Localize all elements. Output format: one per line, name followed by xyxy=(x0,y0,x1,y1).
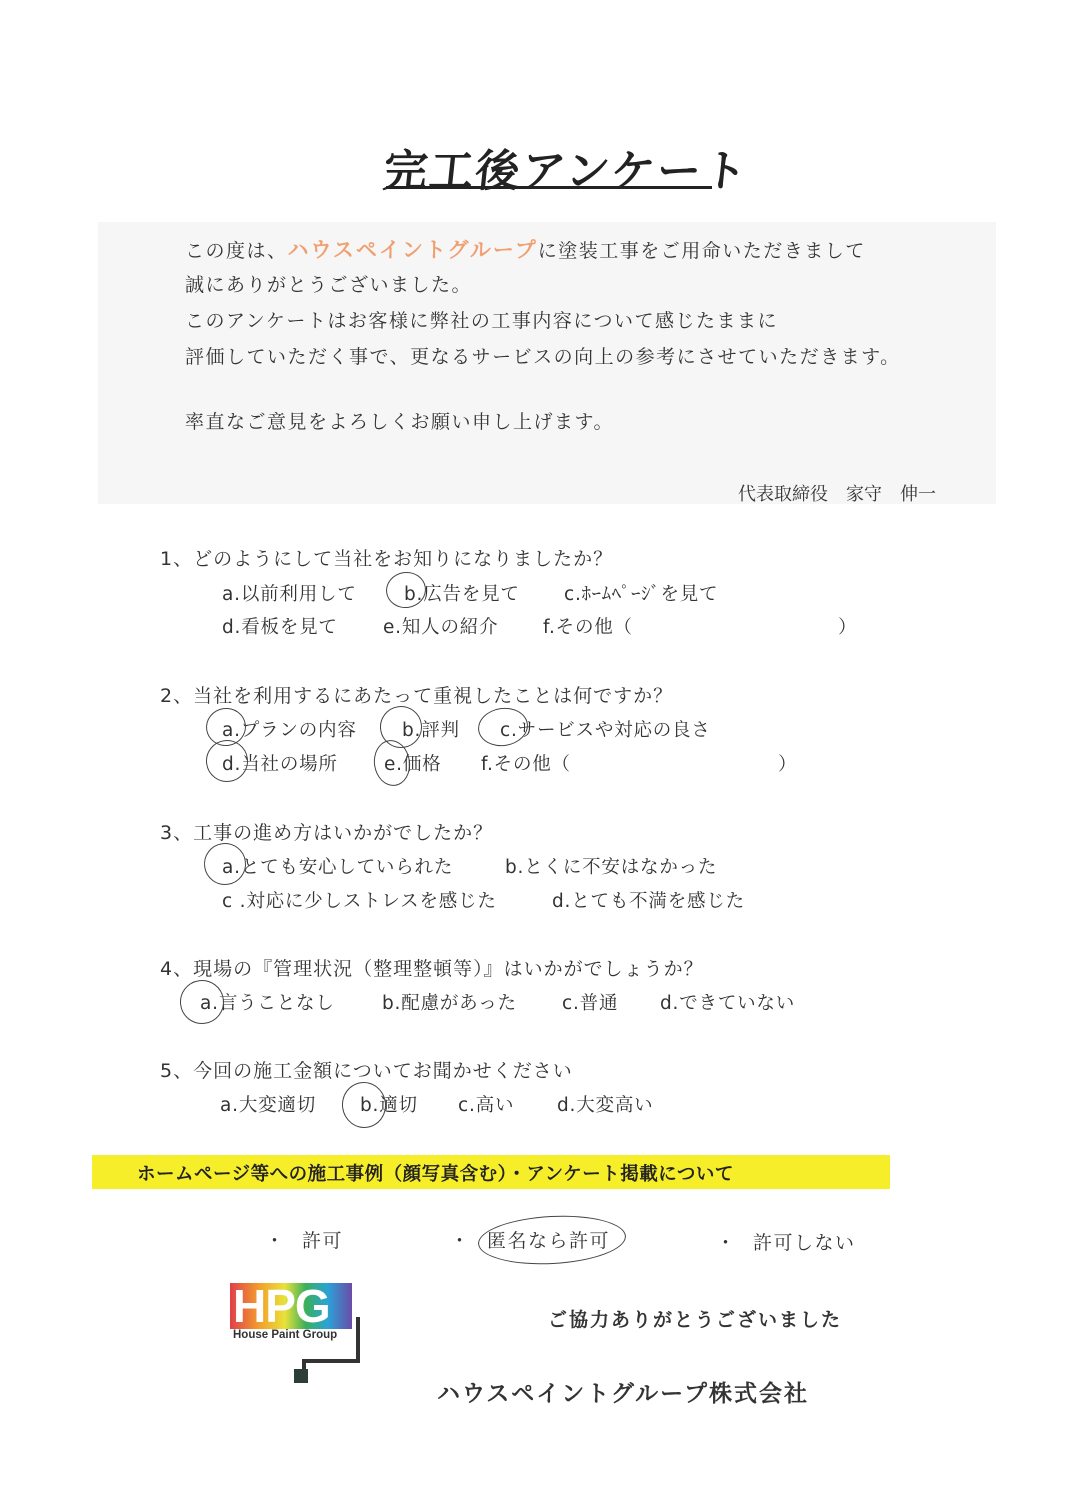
q2-option-f[interactable]: f.その他（ xyxy=(481,750,571,776)
question-2: 2、当社を利用するにあたって重視したことは何ですか？ xyxy=(160,681,673,708)
permission-option-anonymous[interactable]: 匿名なら許可 xyxy=(487,1226,610,1253)
q1-option-d[interactable]: d.看板を見て xyxy=(222,613,338,639)
question-1: 1、どのようにして当社をお知りになりましたか？ xyxy=(160,544,613,571)
permission-option-allow[interactable]: 許可 xyxy=(302,1226,343,1253)
q1-option-f-close: ） xyxy=(838,613,857,639)
bullet-3: ・ xyxy=(716,1228,737,1255)
q5-option-a[interactable]: a.大変適切 xyxy=(220,1091,316,1117)
signature: 代表取締役 家守 伸一 xyxy=(738,480,936,506)
q3-option-c[interactable]: c .対応に少しストレスを感じた xyxy=(222,887,497,913)
permission-heading: ホームページ等への施工事例（顔写真含む）・アンケート掲載について xyxy=(137,1160,734,1186)
q4-option-c[interactable]: c.普通 xyxy=(562,989,618,1015)
q4-option-a[interactable]: a.言うことなし xyxy=(200,989,335,1015)
q3-option-a[interactable]: a.とても安心していられた xyxy=(222,853,453,879)
q1-option-a[interactable]: a.以前利用して xyxy=(222,580,357,606)
q1-option-c[interactable]: c.ﾎｰﾑﾍﾟｰｼﾞを見て xyxy=(564,580,718,606)
title-underline xyxy=(386,186,712,189)
intro-line-5: 率直なご意見をよろしくお願い申し上げます。 xyxy=(185,407,614,434)
q5-option-c[interactable]: c.高い xyxy=(458,1091,514,1117)
q5-option-b[interactable]: b.適切 xyxy=(360,1091,418,1117)
q3-option-b[interactable]: b.とくに不安はなかった xyxy=(505,853,717,879)
question-3: 3、工事の進め方はいかがでしたか？ xyxy=(160,818,493,845)
roller-handle xyxy=(294,1369,308,1383)
q4-option-d[interactable]: d.できていない xyxy=(660,989,795,1015)
q2-option-b[interactable]: b.評判 xyxy=(402,716,460,742)
intro-line-1: この度は、ハウスペイントグループに塗装工事をご用命いただきまして xyxy=(185,234,866,264)
bullet-2: ・ xyxy=(450,1226,471,1253)
logo-letters: HPG xyxy=(233,1279,330,1333)
q4-option-b[interactable]: b.配慮があった xyxy=(382,989,517,1015)
intro-line-2: 誠にありがとうございました。 xyxy=(185,270,472,297)
intro-suffix: に塗装工事をご用命いただきまして xyxy=(538,240,866,262)
q3-option-d[interactable]: d.とても不満を感じた xyxy=(552,887,745,913)
hpg-logo: HPG House Paint Group xyxy=(230,1283,370,1383)
thanks-text: ご協力ありがとうございました xyxy=(548,1305,842,1332)
page-title: 完工後アンケート xyxy=(381,135,753,199)
q2-option-f-close: ） xyxy=(778,750,797,776)
question-4: 4、現場の『管理状況（整理整頓等）』はいかがでしょうか？ xyxy=(160,954,704,981)
q5-option-d[interactable]: d.大変高い xyxy=(557,1091,653,1117)
question-5: 5、今回の施工金額についてお聞かせください xyxy=(160,1056,573,1083)
logo-subtitle: House Paint Group xyxy=(233,1329,337,1341)
q2-option-d[interactable]: d.当社の場所 xyxy=(222,750,338,776)
paint-roller-icon xyxy=(356,1317,360,1361)
permission-option-deny[interactable]: 許可しない xyxy=(753,1228,856,1255)
q2-option-c[interactable]: c.サービスや対応の良さ xyxy=(500,716,711,742)
q2-option-e[interactable]: e.価格 xyxy=(384,750,441,776)
roller-bar xyxy=(302,1359,360,1363)
brand-name: ハウスペイントグループ xyxy=(288,238,538,262)
company-name: ハウスペイントグループ株式会社 xyxy=(437,1375,809,1408)
intro-line-4: 評価していただく事で、更なるサービスの向上の参考にさせていただきます。 xyxy=(185,342,901,369)
q1-option-e[interactable]: e.知人の紹介 xyxy=(383,613,498,639)
q2-option-a[interactable]: a.プランの内容 xyxy=(222,716,357,742)
intro-line-3: このアンケートはお客様に弊社の工事内容について感じたままに xyxy=(185,306,778,333)
q1-option-f[interactable]: f.その他（ xyxy=(543,613,633,639)
q1-option-b[interactable]: b.広告を見て xyxy=(404,580,520,606)
bullet-1: ・ xyxy=(265,1226,286,1253)
intro-prefix: この度は、 xyxy=(185,240,288,262)
